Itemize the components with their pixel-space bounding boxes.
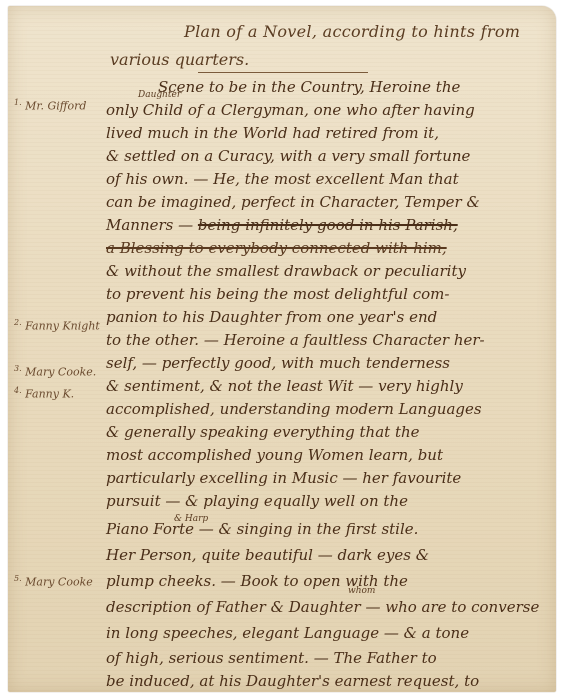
- manuscript-line: of his own. — He, the most excellent Man…: [106, 170, 459, 188]
- margin-note-3: 3. Mary Cooke.: [14, 364, 96, 379]
- manuscript-line-struck: a Blessing to everybody connected with h…: [106, 239, 447, 257]
- manuscript-line: of high, serious sentiment. — The Father…: [106, 649, 437, 667]
- manuscript-line: particularly excelling in Music — her fa…: [106, 469, 461, 487]
- manuscript-line: & generally speaking everything that the: [106, 423, 420, 441]
- manuscript-page: Plan of a Novel, according to hints from…: [8, 6, 556, 692]
- manuscript-line: can be imagined, perfect in Character, T…: [106, 193, 480, 211]
- manuscript-line: & settled on a Curacy, with a very small…: [106, 147, 470, 165]
- manuscript-line: to prevent his being the most delightful…: [106, 285, 449, 303]
- margin-note-1: 1. Mr. Gifford: [14, 98, 86, 113]
- manuscript-line: pursuit — & playing equally well on the: [106, 492, 408, 510]
- manuscript-line: accomplished, understanding modern Langu…: [106, 400, 482, 418]
- margin-note-5: 5. Mary Cooke: [14, 574, 93, 589]
- manuscript-line: panion to his Daughter from one year's e…: [106, 308, 437, 326]
- margin-note-2: 2. Fanny Knight: [14, 318, 100, 333]
- manuscript-line: most accomplished young Women learn, but: [106, 446, 443, 464]
- manuscript-line: in long speeches, elegant Language — & a…: [106, 624, 469, 642]
- document-title-line-2: various quarters.: [110, 50, 249, 69]
- manuscript-line: lived much in the World had retired from…: [106, 124, 439, 142]
- manuscript-line: Manners — being infinitely good in his P…: [106, 216, 458, 234]
- manuscript-line: be induced, at his Daughter's earnest re…: [106, 672, 479, 690]
- manuscript-line: Her Person, quite beautiful — dark eyes …: [106, 546, 429, 564]
- manuscript-line: Piano Forte — & singing in the first sti…: [106, 520, 418, 538]
- struck-text: being infinitely good in his Parish,: [198, 216, 458, 234]
- title-underline: [198, 72, 368, 73]
- manuscript-line: & without the smallest drawback or pecul…: [106, 262, 466, 280]
- manuscript-line: only Child of a Clergyman, one who after…: [106, 101, 475, 119]
- manuscript-line: to the other. — Heroine a faultless Char…: [106, 331, 485, 349]
- manuscript-line: & sentiment, & not the least Wit — very …: [106, 377, 463, 395]
- manuscript-line: description of Father & Daughter — who a…: [106, 598, 539, 616]
- document-title-line-1: Plan of a Novel, according to hints from: [184, 22, 520, 41]
- manuscript-line: plump cheeks. — Book to open with the: [106, 572, 408, 590]
- margin-note-4: 4. Fanny K.: [14, 386, 74, 401]
- manuscript-line: self, — perfectly good, with much tender…: [106, 354, 450, 372]
- manuscript-line: Scene to be in the Country, Heroine the: [158, 78, 460, 96]
